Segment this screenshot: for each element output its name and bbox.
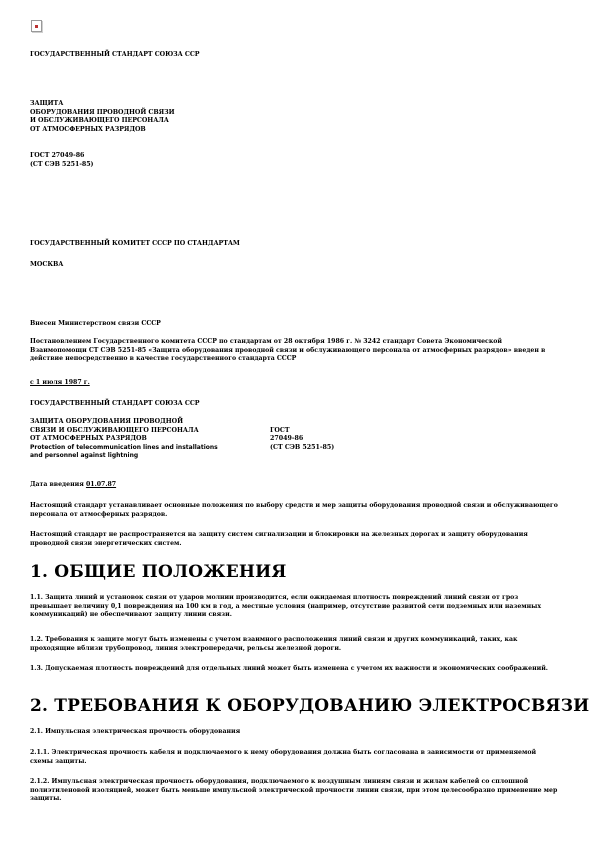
paragraph-1-3: 1.3. Допускаемая плотность повреждений д…: [30, 665, 560, 674]
state-standard-title: ГОСУДАРСТВЕННЫЙ СТАНДАРТ СОЮЗА ССР: [30, 51, 199, 60]
header-title-line: ОТ АТМОСФЕРНЫХ РАЗРЯДОВ: [30, 435, 270, 444]
gost-number: 27049-86: [270, 435, 334, 444]
header-title-line: ЗАЩИТА ОБОРУДОВАНИЯ ПРОВОДНОЙ: [30, 418, 270, 427]
header-state-standard: ГОСУДАРСТВЕННЫЙ СТАНДАРТ СОЮЗА ССР: [30, 400, 199, 409]
paragraph-2-1: 2.1. Импульсная электрическая прочность …: [30, 728, 560, 737]
english-title-line: and personnel against lightning: [30, 452, 270, 461]
document-title: ЗАЩИТА ОБОРУДОВАНИЯ ПРОВОДНОЙ СВЯЗИ И ОБ…: [30, 100, 175, 134]
effective-date: с 1 июля 1987 г.: [30, 379, 560, 388]
title-line: ЗАЩИТА: [30, 100, 175, 109]
resolution-text: Постановлением Государственного комитета…: [30, 338, 560, 364]
section-1-heading: 1. ОБЩИЕ ПОЛОЖЕНИЯ: [30, 562, 287, 582]
title-line: ОБОРУДОВАНИЯ ПРОВОДНОЙ СВЯЗИ: [30, 109, 175, 118]
broken-image-icon: [31, 20, 42, 32]
gost-number-block: ГОСТ 27049-86 (СТ СЭВ 5251-85): [30, 152, 94, 169]
committee-name: ГОСУДАРСТВЕННЫЙ КОМИТЕТ СССР ПО СТАНДАРТ…: [30, 240, 240, 249]
section-2-heading: 2. ТРЕБОВАНИЯ К ОБОРУДОВАНИЮ ЭЛЕКТРОСВЯЗ…: [30, 696, 589, 716]
paragraph-2-1-2: 2.1.2. Импульсная электрическая прочност…: [30, 778, 560, 804]
paragraph-2-1-1: 2.1.1. Электрическая прочность кабеля и …: [30, 749, 560, 766]
title-line: ОТ АТМОСФЕРНЫХ РАЗРЯДОВ: [30, 126, 175, 135]
st-sev-number: (СТ СЭВ 5251-85): [30, 161, 94, 170]
paragraph-1-2: 1.2. Требования к защите могут быть изме…: [30, 636, 560, 653]
english-title-line: Protection of telecommunication lines an…: [30, 444, 270, 453]
preamble-paragraph: Настоящий стандарт устанавливает основны…: [30, 502, 560, 519]
paragraph-1-1: 1.1. Защита линий и установок связи от у…: [30, 594, 560, 620]
header-left-cell: ЗАЩИТА ОБОРУДОВАНИЯ ПРОВОДНОЙ СВЯЗИ И ОБ…: [30, 418, 270, 461]
st-sev-number: (СТ СЭВ 5251-85): [270, 444, 334, 453]
title-line: И ОБСЛУЖИВАЮЩЕГО ПЕРСОНАЛА: [30, 117, 175, 126]
gost-number: ГОСТ 27049-86: [30, 152, 94, 161]
header-right-cell: ГОСТ 27049-86 (СТ СЭВ 5251-85): [270, 418, 334, 461]
header-title-line: СВЯЗИ И ОБСЛУЖИВАЮЩЕГО ПЕРСОНАЛА: [30, 427, 270, 436]
introduced-by: Внесен Министерством связи СССР: [30, 320, 560, 329]
date-label: Дата введения: [30, 481, 84, 488]
date-value: 01.07.87: [86, 481, 116, 488]
city: МОСКВА: [30, 261, 63, 270]
standard-header-table: ЗАЩИТА ОБОРУДОВАНИЯ ПРОВОДНОЙ СВЯЗИ И ОБ…: [30, 418, 334, 461]
gost-label: ГОСТ: [270, 427, 334, 436]
introduction-date: Дата введения 01.07.87: [30, 481, 560, 490]
preamble-paragraph: Настоящий стандарт не распространяется н…: [30, 531, 560, 548]
